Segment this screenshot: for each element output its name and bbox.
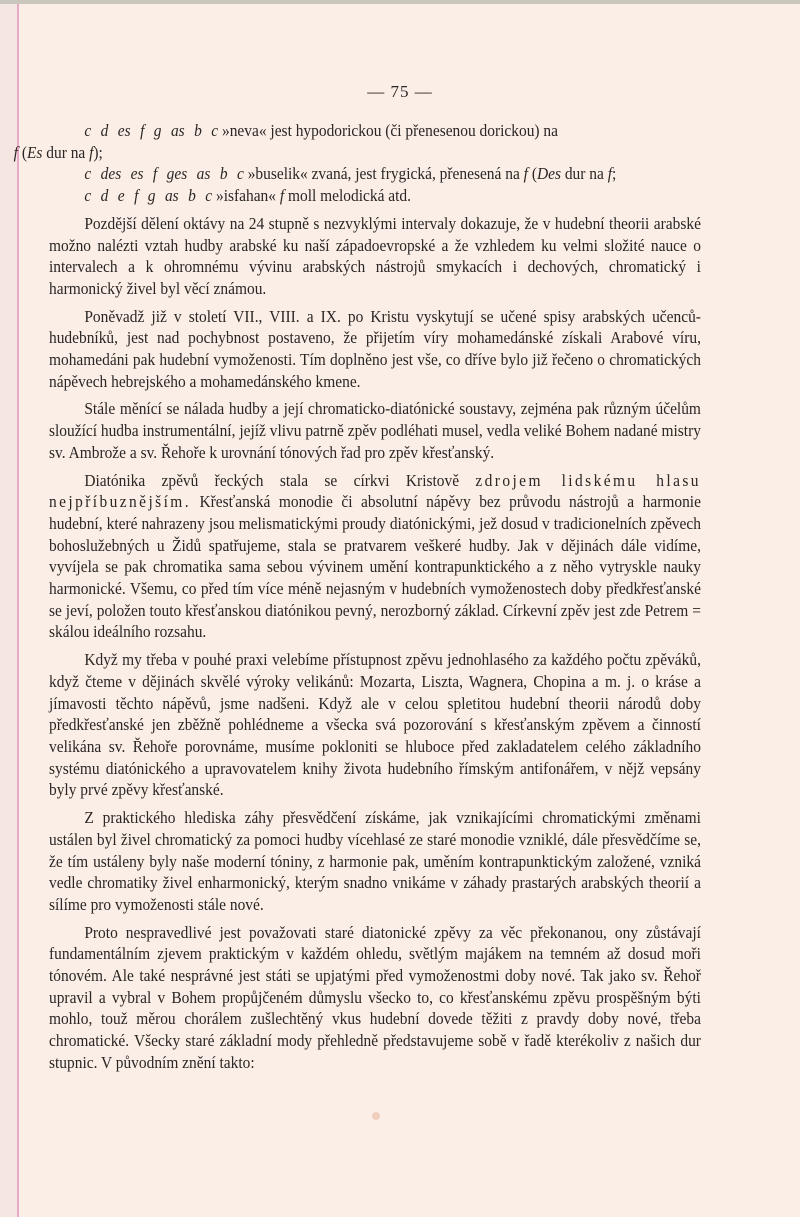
paragraph: Proto nespravedlivé jest považovati star… <box>49 922 701 1074</box>
paragraph: Stále měnící se nálada hudby a její chro… <box>49 398 701 463</box>
scale-name: »buselik« <box>248 164 308 183</box>
page-number: — 75 — <box>0 82 800 102</box>
text-fragment: ); <box>93 143 102 162</box>
text-fragment: ( <box>18 143 27 162</box>
scale-notes: c d e f g as b c <box>84 186 212 205</box>
text-fragment: dur na <box>42 143 89 162</box>
scale-isfahan: c d e f g as b c »isfahan« f moll melodi… <box>49 185 701 207</box>
paragraph: Pozdější dělení oktávy na 24 stupně s ne… <box>49 213 701 300</box>
scale-description: moll melodická atd. <box>284 186 411 205</box>
paragraph: Když my třeba v pouhé praxi velebíme pří… <box>49 649 701 801</box>
binding-edge-line <box>17 0 19 1217</box>
scan-top-edge <box>0 0 800 4</box>
key-es: Es <box>27 143 42 162</box>
scale-name: »neva« <box>222 121 267 140</box>
body-text: c d es f g as b c »neva« jest hypodorick… <box>49 120 701 1080</box>
key-des: Des <box>537 164 561 183</box>
text-fragment: Diatónika zpěvů řeckých stala se církvi … <box>84 471 475 490</box>
scale-notes: c des es f ges as b c <box>84 164 243 183</box>
paper-stain <box>372 1112 380 1120</box>
scale-name: »isfahan« <box>216 186 276 205</box>
page-margin-shadow <box>0 0 17 1217</box>
text-fragment: ( <box>528 164 537 183</box>
scale-notes: c d es f g as b c <box>84 121 218 140</box>
scale-description: zvaná, jest frygická, přenesená na <box>308 164 524 183</box>
scale-description: jest hypodorickou (či přenesenou doricko… <box>267 121 558 140</box>
scale-neva: c d es f g as b c »neva« jest hypodorick… <box>49 120 701 163</box>
text-fragment: ; <box>612 164 616 183</box>
scale-buselik: c des es f ges as b c »buselik« zvaná, j… <box>49 163 701 185</box>
paragraph: Z praktického hlediska záhy přesvědčení … <box>49 807 701 916</box>
text-fragment: dur na <box>561 164 608 183</box>
text-fragment: Křesťanská monodie či absolutní nápěvy b… <box>49 492 701 641</box>
paragraph: Poněvadž již v století VII., VIII. a IX.… <box>49 306 701 393</box>
paragraph-diatonic: Diatónika zpěvů řeckých stala se církvi … <box>49 470 701 644</box>
